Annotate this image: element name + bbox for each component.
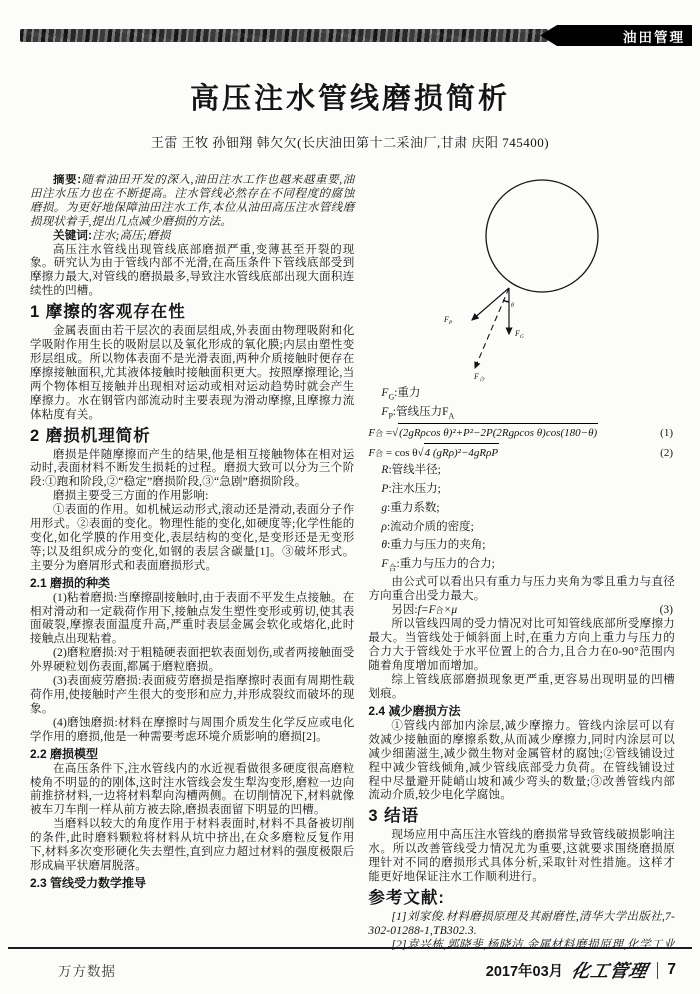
- legend-g: g:重力系数;: [368, 501, 675, 520]
- two-column-body: 摘要:随着油田开发的深入,油田注水工作也越来越重要,油田注水压力也在不断提高。注…: [30, 174, 675, 952]
- left-column: 摘要:随着油田开发的深入,油田注水工作也越来越重要,油田注水压力也在不断提高。注…: [30, 174, 354, 952]
- legend-rho: ρ:流动介质的密度;: [368, 520, 675, 539]
- reference-1: [1]刘家俊.材料磨损原理及其耐磨性,清华大学出版社,7-302-01288-1…: [368, 911, 675, 939]
- angle-theta-label: θ: [511, 303, 514, 309]
- section-2-paragraph-2: 磨损主要受三方面的作用影响:: [30, 490, 354, 504]
- page-title: 高压注水管线磨损简析: [0, 83, 700, 115]
- keywords-label: 关键词:: [53, 230, 92, 242]
- section-2-heading: 2 磨损机理简析: [30, 426, 354, 447]
- section-1-heading: 1 摩擦的客观存在性: [30, 302, 354, 323]
- force-analysis-paragraph-2: 所以管线四周的受力情况对比可知管线底部所受摩擦力最大。当管线处于倾斜面上时,在重…: [368, 618, 675, 674]
- references-heading: 参考文献:: [368, 888, 675, 909]
- pipe-circle: [486, 180, 598, 292]
- legend-P: P:注水压力;: [368, 482, 675, 501]
- force-analysis-paragraph-3: 综上管线底部磨损现象更严重,更容易出现明显的凹槽划痕。: [368, 674, 675, 702]
- fh-label: F合: [473, 372, 486, 383]
- equation-2: F合 = cos θ√4 (gRρ)²−4gRρP (2): [368, 443, 675, 463]
- section-3-heading: 3 结语: [368, 806, 675, 827]
- section-2-4-heading: 2.4 减少磨损方法: [368, 704, 675, 719]
- wanfang-watermark: 万方数据: [58, 960, 116, 980]
- section-2-3-heading: 2.3 管线受力数学推导: [30, 876, 354, 891]
- footer: 万方数据 2017年03月 化工管理 7: [0, 957, 700, 983]
- column-tag-label: 油田管理: [623, 26, 685, 46]
- pipe-force-figure: θ FP FG F合: [368, 174, 675, 386]
- wear-type-3-paragraph: (3)表面疲劳磨损:表面疲劳磨损是指摩擦时表面有周期性载荷作用,使接触时产生很大…: [30, 675, 354, 717]
- legend-fh: F合:重力与压力的合力;: [368, 557, 675, 576]
- wear-model-paragraph-1: 在高压条件下,注水管线内的水近视看做很多硬度很高磨粒棱角不明显的的刚体,这时注水…: [30, 763, 354, 819]
- section-2-2-heading: 2.2 磨损模型: [30, 747, 354, 762]
- section-2-paragraph-3: ①表面的作用。如机械运动形式,滚动还是滑动,表面分子作用形式。②表面的变化。物理…: [30, 504, 354, 574]
- pressure-force-arrow: [472, 288, 509, 320]
- paper-page: 油田管理 高压注水管线磨损简析 王雷 王牧 孙钿翔 韩欠欠(长庆油田第十二采油厂…: [0, 0, 700, 994]
- equation-3: 另因:f=F合×μ (3): [368, 603, 675, 618]
- footer-separator: [657, 962, 658, 979]
- wear-type-4-paragraph: (4)磨蚀磨损:材料在摩擦时与周围介质发生化学反应或电化学作用的磨损,他是一种需…: [30, 717, 354, 745]
- equation-3-number: (3): [660, 603, 675, 618]
- footer-right: 2017年03月 化工管理 7: [486, 957, 676, 983]
- page-number: 7: [667, 961, 676, 979]
- angle-arc: [503, 300, 509, 302]
- reference-2: [2]袁兴栋,郭晓斐,杨晓洁.金属材料磨损原理,化学工业出版社.: [368, 939, 675, 952]
- legend-fg: FG:重力: [368, 386, 675, 405]
- equation-1-number: (1): [660, 424, 675, 443]
- right-column: θ FP FG F合 FG:重力 FP:管线压力FA F合 =√(2gRρcos…: [368, 174, 675, 952]
- section-2-1-heading: 2.1 磨损的种类: [30, 576, 354, 591]
- column-tag: 油田管理: [540, 25, 692, 46]
- wear-reduction-paragraph: ①管线内部加内涂层,减少摩擦力。管线内涂层可以有效减少接触面的摩擦系数,从而减少…: [368, 720, 675, 803]
- journal-logo: 化工管理: [569, 957, 651, 983]
- issue-date: 2017年03月: [486, 960, 563, 981]
- authors-line: 王雷 王牧 孙钿翔 韩欠欠(长庆油田第十二采油厂,甘肃 庆阳 745400): [0, 132, 700, 151]
- equation-2-number: (2): [660, 444, 675, 463]
- conclusion-paragraph: 现场应用中高压注水管线的磨损常导致管线破损影响注水。所以改善管线受力情况尤为重要…: [368, 829, 675, 885]
- pipe-force-diagram: θ FP FG F合: [368, 174, 675, 386]
- section-2-paragraph-1: 磨损是伴随摩擦而产生的结果,他是相互接触物体在相对运动时,表面材料不断发生损耗的…: [30, 449, 354, 491]
- abstract-label: 摘要:: [53, 174, 81, 186]
- equation-1: F合 =√(2gRρcos θ)²+P²−2P(2Rgρcos θ)cos(18…: [368, 423, 675, 443]
- abstract-paragraph: 摘要:随着油田开发的深入,油田注水工作也越来越重要,油田注水压力也在不断提高。注…: [30, 174, 354, 230]
- fg-label: FG: [514, 329, 524, 340]
- wear-type-1-paragraph: (1)粘着磨损:当摩擦副接触时,由于表面不平发生点接触。在相对滑动和一定载荷作用…: [30, 592, 354, 648]
- section-1-paragraph: 金属表面由若干层次的表面层组成,外表面由物理吸附和化学吸附作用生长的吸附层以及氧…: [30, 325, 354, 422]
- footer-rule: [8, 947, 692, 949]
- keywords-text: 注水;高压;磨损: [92, 230, 170, 242]
- wear-type-2-paragraph: (2)磨粒磨损:对于粗糙硬表面把软表面划伤,或者两接触面受外界硬粒划伤表面,都属…: [30, 647, 354, 675]
- wear-model-paragraph-2: 当磨料以较大的角度作用于材料表面时,材料不具备被切削的条件,此时磨料颗粒将材料从…: [30, 818, 354, 874]
- legend-R: R:管线半径;: [368, 463, 675, 482]
- page-header: 油田管理: [20, 25, 692, 46]
- legend-theta: θ:重力与压力的夹角;: [368, 538, 675, 557]
- fp-label: FP: [443, 315, 453, 326]
- intro-paragraph: 高压注水管线出现管线底部磨损严重,变薄甚至开裂的现象。研究认为由于管线内部不光滑…: [30, 244, 354, 300]
- decorative-band: [20, 29, 548, 42]
- keywords-paragraph: 关键词:注水;高压;磨损: [30, 230, 354, 244]
- legend-fp: FP:管线压力FA: [368, 405, 675, 424]
- force-analysis-paragraph-1: 由公式可以看出只有重力与压力夹角为零且重力与直径方向重合出受力最大。: [368, 576, 675, 604]
